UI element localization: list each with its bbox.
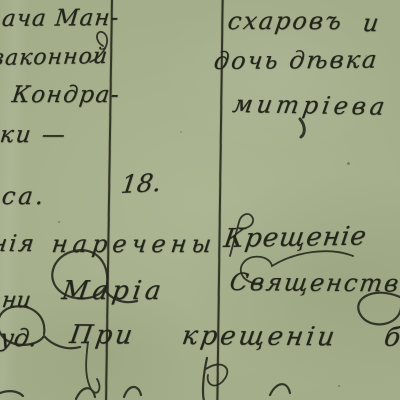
fragment-bottom-3: [270, 384, 290, 395]
handwriting-right-line3: митріева: [231, 90, 391, 121]
ink-speck: [347, 162, 350, 165]
handwriting-lower-row3-left: уд.: [0, 324, 38, 352]
fragment-bottom-2: [124, 387, 141, 397]
handwriting-lower-row1-middle: наречены: [50, 230, 218, 258]
flourish-comma-stroke: [300, 119, 304, 137]
handwriting-lower-row2-middle: Маріа: [60, 276, 167, 306]
manuscript-page: ача Ман- законной Кондра- ки — са. 18. с…: [0, 0, 400, 400]
handwriting-lower-row3-middle: При крещеніи бы: [68, 320, 400, 353]
handwriting-right-line2: дочь дѣвка: [212, 46, 380, 75]
handwriting-lower-row2-left: ни: [0, 288, 32, 313]
ink-speck: [180, 131, 182, 133]
handwriting-lower-row2-right: Священствѣ: [228, 268, 400, 298]
handwriting-lower-row1-right: Крещеніе: [222, 222, 369, 254]
handwriting-left-line4: ки —: [0, 122, 68, 148]
fragment-bottom-left: [0, 391, 23, 396]
ink-speck: [338, 385, 340, 387]
fragment-tall-stem: [203, 358, 207, 400]
handwriting-right-line1a: схаровъ: [226, 7, 345, 35]
ink-speck: [58, 221, 60, 223]
handwriting-left-line1: ача Ман-: [1, 5, 121, 32]
fragment-bottom-1: [76, 388, 95, 399]
handwriting-left-line2: законной: [0, 44, 109, 71]
handwriting-left-line3: Кондра-: [10, 82, 121, 108]
entry-number: 18.: [119, 168, 163, 199]
handwriting-lower-row1-left: нія: [0, 231, 37, 257]
ink-speck: [365, 55, 367, 57]
handwriting-right-line1b: и: [361, 9, 380, 37]
handwriting-left-line5: са.: [0, 182, 48, 210]
